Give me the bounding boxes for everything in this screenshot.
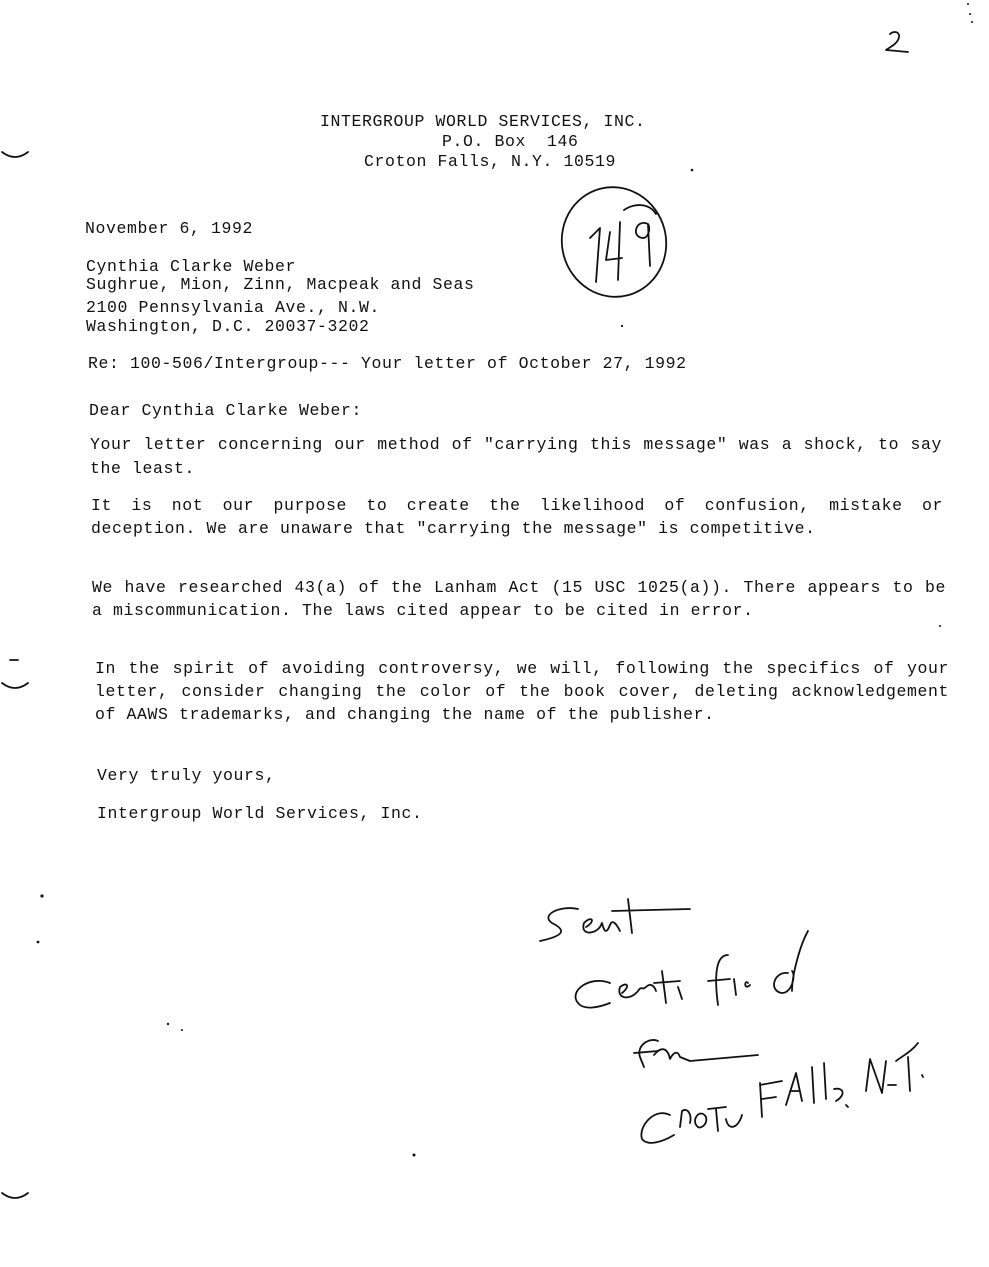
scan-noise [0, 0, 989, 1267]
